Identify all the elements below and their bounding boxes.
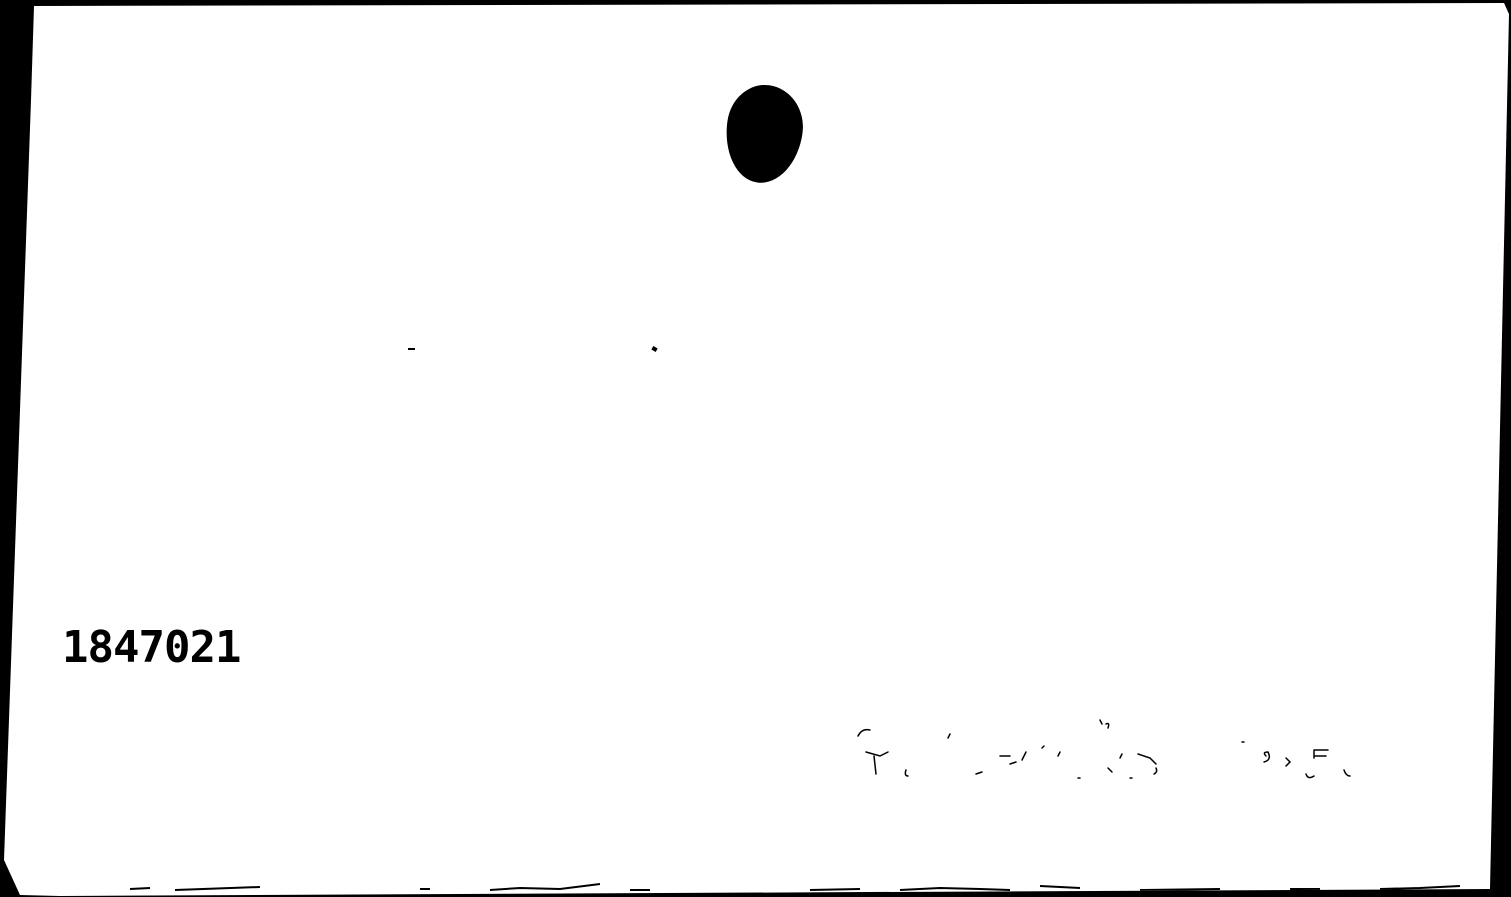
punch-hole (720, 80, 809, 188)
scan-speck (408, 348, 415, 350)
faint-handwriting: [illegible faint handwriting] (850, 712, 1360, 782)
index-card: 1847021 [illegible faint handwriting] (0, 0, 1511, 897)
card-bottom-edge-marks (0, 880, 1511, 897)
card-number: 1847021 (62, 626, 240, 670)
scan-speck (651, 346, 657, 352)
scanned-image: 1847021 [illegible faint handwriting] (0, 0, 1511, 897)
